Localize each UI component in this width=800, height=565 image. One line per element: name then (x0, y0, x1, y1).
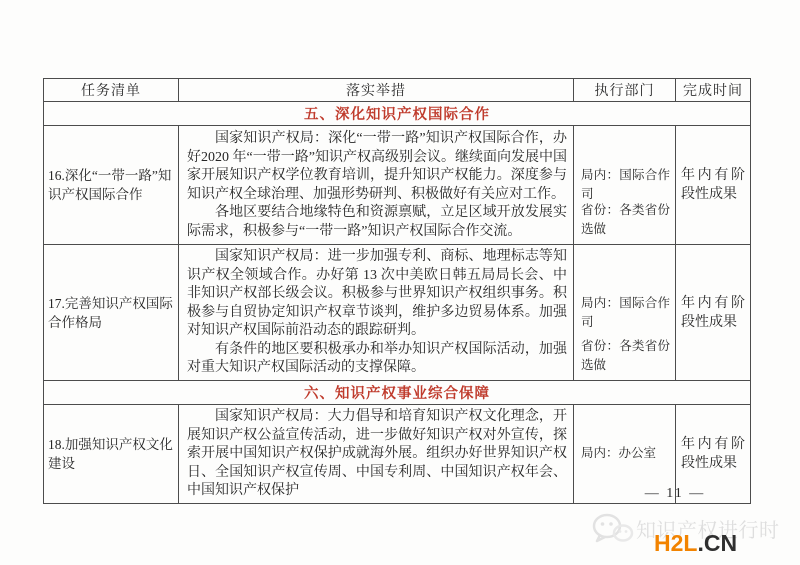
task-16-department: 局内：国际合作司 省份：各类省份选做 (574, 126, 676, 245)
watermark: 知识产权进行时 H2L.CN (592, 509, 792, 561)
page-number: — 11 — (630, 486, 720, 502)
section-5-row: 五、深化知识产权国际合作 (44, 102, 751, 126)
wechat-icon (592, 513, 634, 547)
watermark-brand: H2L.CN (654, 530, 737, 557)
task-17-deadline: 年内有阶段性成果 (676, 245, 751, 381)
task-table: 任务清单 落实举措 执行部门 完成时间 五、深化知识产权国际合作 16.深化“一… (43, 78, 751, 504)
table-row: 16.深化“一带一路”知识产权国际合作 国家知识产权局：深化“一带一路”知识产权… (44, 126, 751, 245)
brand-cn-suffix: .CN (697, 530, 737, 556)
col-header-deadline: 完成时间 (676, 79, 751, 102)
department-internal: 局内：办公室 (581, 444, 670, 463)
section-5-title: 五、深化知识产权国际合作 (44, 102, 751, 126)
measure-paragraph: 国家知识产权局：大力倡导和培育知识产权文化理念，开展知识产权公益宣传活动，进一步… (187, 408, 567, 501)
task-16-deadline: 年内有阶段性成果 (676, 126, 751, 245)
measure-paragraph: 各地区要结合地缘特色和资源禀赋，立足区域开放发展实际需求，积极参与“一带一路”知… (187, 204, 567, 241)
department-province: 省份：各类省份选做 (581, 337, 670, 375)
department-province: 省份：各类省份选做 (581, 201, 670, 239)
task-18-label: 18.加强知识产权文化建设 (44, 405, 179, 504)
measure-paragraph: 国家知识产权局：进一步加强专利、商标、地理标志等知识产权全领域合作。办好第 13… (187, 248, 567, 341)
task-16-measures: 国家知识产权局：深化“一带一路”知识产权国际合作，办好2020 年“一带一路”知… (179, 126, 574, 245)
col-header-task-list: 任务清单 (44, 79, 179, 102)
task-16-label: 16.深化“一带一路”知识产权国际合作 (44, 126, 179, 245)
task-17-label: 17.完善知识产权国际合作格局 (44, 245, 179, 381)
col-header-measures: 落实举措 (179, 79, 574, 102)
brand-h2l: H2L (654, 530, 697, 556)
document-page: 任务清单 落实举措 执行部门 完成时间 五、深化知识产权国际合作 16.深化“一… (0, 0, 800, 565)
measure-paragraph: 国家知识产权局：深化“一带一路”知识产权国际合作，办好2020 年“一带一路”知… (187, 130, 567, 204)
task-18-measures: 国家知识产权局：大力倡导和培育知识产权文化理念，开展知识产权公益宣传活动，进一步… (179, 405, 574, 504)
col-header-department: 执行部门 (574, 79, 676, 102)
task-17-department: 局内：国际合作司 省份：各类省份选做 (574, 245, 676, 381)
section-6-title: 六、知识产权事业综合保障 (44, 381, 751, 405)
measure-paragraph: 有条件的地区要积极承办和举办知识产权国际活动，加强对重大知识产权国际活动的支撑保… (187, 341, 567, 378)
task-17-measures: 国家知识产权局：进一步加强专利、商标、地理标志等知识产权全领域合作。办好第 13… (179, 245, 574, 381)
table-header-row: 任务清单 落实举措 执行部门 完成时间 (44, 79, 751, 102)
table-row: 17.完善知识产权国际合作格局 国家知识产权局：进一步加强专利、商标、地理标志等… (44, 245, 751, 381)
section-6-row: 六、知识产权事业综合保障 (44, 381, 751, 405)
department-internal: 局内：国际合作司 (581, 166, 670, 204)
department-internal: 局内：国际合作司 (581, 294, 670, 332)
